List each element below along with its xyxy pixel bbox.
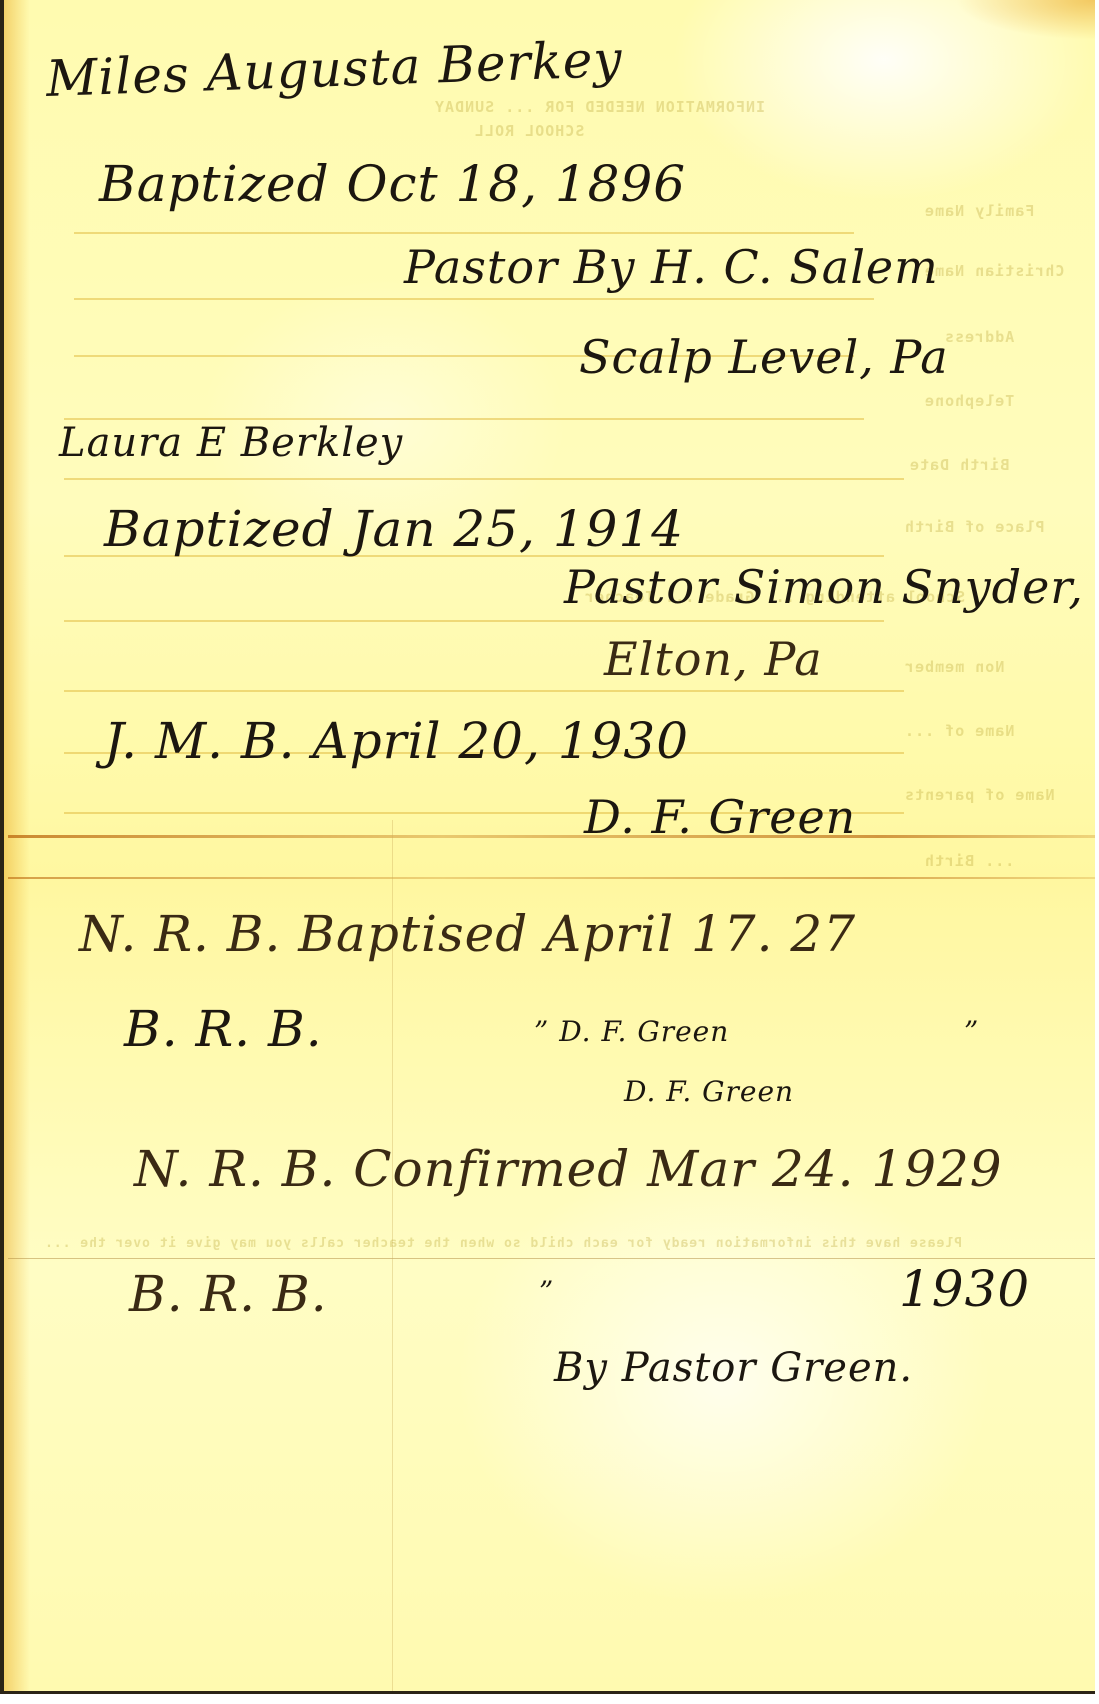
entry-event: J. M. B. April 20, 1930 xyxy=(104,712,689,770)
record-line: B. R. B. xyxy=(124,1000,323,1058)
bleed-form-subtitle: SCHOOL ROLL xyxy=(474,122,584,140)
ditto-mark: ” xyxy=(964,1015,979,1048)
record-line: N. R. B. Confirmed Mar 24. 1929 xyxy=(134,1140,1003,1198)
entry-pastor: Pastor By H. C. Salem xyxy=(404,240,939,294)
bleed-label: ... Birth xyxy=(924,852,1014,870)
bleed-label: Non member xyxy=(904,658,1004,676)
document-page: INFORMATION NEEDED FOR ... SUNDAY SCHOOL… xyxy=(0,0,1095,1694)
ruled-line xyxy=(74,232,854,234)
entry-pastor: D. F. Green xyxy=(584,790,856,844)
fold-crease xyxy=(8,1258,1095,1259)
entry-place: Elton, Pa xyxy=(604,632,823,686)
bleed-label: Name of ... xyxy=(904,722,1014,740)
entry-place: Scalp Level, Pa xyxy=(579,330,949,384)
ditto-mark: ” xyxy=(539,1275,554,1308)
bleed-label: Family Name xyxy=(924,202,1034,220)
bleed-label: Name of parents xyxy=(904,786,1054,804)
signature: D. F. Green xyxy=(624,1075,794,1108)
ruled-line xyxy=(64,478,904,480)
bleed-label: Address xyxy=(944,328,1014,346)
edge-stain xyxy=(4,0,30,1691)
fold-crease xyxy=(8,877,1095,879)
bleed-footer: Please have this information ready for e… xyxy=(44,1236,962,1251)
record-year: 1930 xyxy=(899,1260,1030,1318)
bleed-form-title: INFORMATION NEEDED FOR ... SUNDAY xyxy=(434,98,765,116)
entry-event: Baptized Jan 25, 1914 xyxy=(104,500,684,558)
bleed-label: Place of Birth xyxy=(904,518,1044,536)
fold-crease xyxy=(8,835,1095,838)
bleed-label: Birth Date xyxy=(909,456,1009,474)
record-line: B. R. B. xyxy=(129,1265,328,1323)
ditto-signature: ” D. F. Green xyxy=(534,1015,729,1048)
entry-name: Miles Augusta Berkey xyxy=(45,30,623,108)
ruled-line xyxy=(64,690,904,692)
entry-pastor: Pastor Simon Snyder, xyxy=(564,560,1084,614)
record-line: N. R. B. Baptised April 17. 27 xyxy=(79,905,856,963)
ruled-line xyxy=(74,298,874,300)
signature: By Pastor Green. xyxy=(554,1345,913,1391)
bleed-label: Telephone xyxy=(924,392,1014,410)
entry-name: Laura E Berkley xyxy=(59,420,403,466)
entry-event: Baptized Oct 18, 1896 xyxy=(99,155,686,213)
corner-stain xyxy=(955,0,1095,40)
ruled-line xyxy=(64,620,884,622)
bleed-label: Christian Name xyxy=(924,262,1064,280)
